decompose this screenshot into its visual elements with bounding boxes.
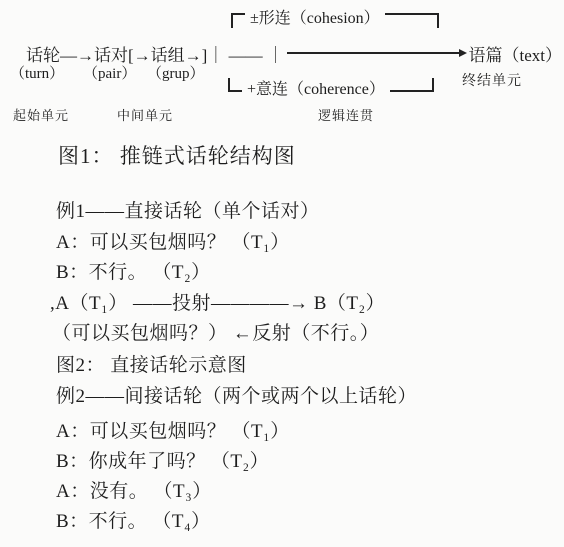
dialog-line: A：可以买包烟吗？ （T₁） bbox=[56, 416, 290, 443]
bracket-corner-right-icon bbox=[420, 78, 434, 92]
chain-main-line: 话轮—→话对[→话组→]｜ —— ｜ 语篇（text） bbox=[26, 42, 562, 64]
bracket-corner-right-icon bbox=[425, 13, 439, 28]
coherence-bracket-line bbox=[390, 78, 420, 92]
figure1-caption: 图1： 推链式话轮结构图 bbox=[58, 140, 296, 170]
middle-unit-label: 中间单元 bbox=[117, 105, 173, 124]
dialog-line: B：你成年了吗？ （T₂） bbox=[56, 446, 269, 473]
cohesion-bracket-line bbox=[385, 13, 425, 15]
dialog-line: A：没有。 （T₃） bbox=[56, 476, 212, 503]
dialog-line: B：不行。 （T₂） bbox=[56, 257, 211, 284]
turn-label: （turn） bbox=[10, 62, 64, 83]
projection-line: ,A（T₁） ——投射————→ B（T₂） bbox=[50, 288, 385, 315]
dialog-line: A：可以买包烟吗？ （T₁） bbox=[56, 227, 290, 254]
pair-label: （pair） bbox=[83, 62, 136, 83]
bracket-corner-left-icon bbox=[228, 78, 242, 92]
arrow-right-icon bbox=[459, 49, 467, 57]
terminal-unit-label: 终结单元 bbox=[462, 70, 522, 90]
connector-line bbox=[287, 52, 459, 54]
example1-title: 例1——直接话轮（单个话对） bbox=[56, 196, 320, 223]
cohesion-label: ±形连（cohesion） bbox=[245, 5, 385, 28]
reflection-line: （可以买包烟吗？） ←反射（不行。） bbox=[52, 318, 379, 345]
dialog-line: B：不行。 （T₄） bbox=[56, 506, 211, 533]
bracket-corner-left-icon bbox=[231, 13, 245, 28]
document-page: ±形连（cohesion） 话轮—→话对[→话组→]｜ —— ｜ 语篇（text… bbox=[0, 0, 564, 547]
coherence-label: +意连（coherence） bbox=[242, 76, 390, 99]
grup-label: （grup） bbox=[147, 62, 205, 83]
chain-right-text: 语篇（text） bbox=[469, 41, 563, 66]
start-unit-label: 起始单元 bbox=[13, 105, 69, 124]
figure2-caption: 图2： 直接话轮示意图 bbox=[56, 350, 247, 377]
cohesion-bracket: ±形连（cohesion） bbox=[231, 13, 439, 28]
turn-structure-diagram: ±形连（cohesion） 话轮—→话对[→话组→]｜ —— ｜ 语篇（text… bbox=[0, 0, 564, 132]
example2-title: 例2——间接话轮（两个或两个以上话轮） bbox=[56, 381, 417, 408]
coherence-bracket: +意连（coherence） bbox=[228, 76, 434, 92]
logic-coherence-label: 逻辑连贯 bbox=[318, 105, 374, 124]
